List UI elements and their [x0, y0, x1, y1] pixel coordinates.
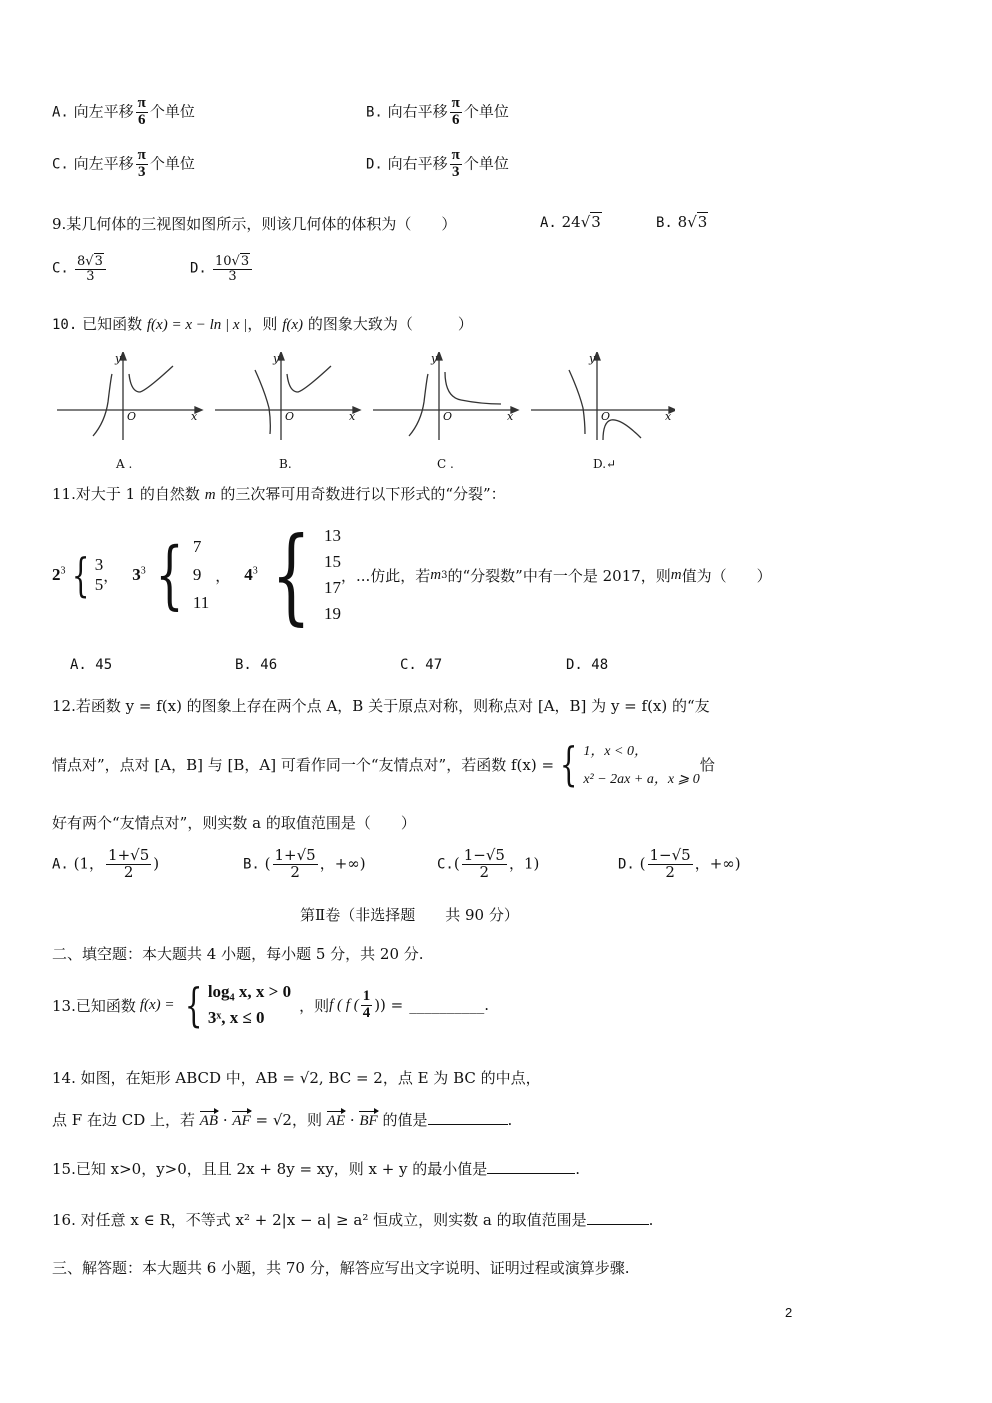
function-expression: f(x) = x − ln | x | [147, 317, 248, 333]
vector: AE [327, 1113, 345, 1130]
case-1: 1，x < 0， [583, 740, 699, 760]
section2-header: 二、填空题：本大题共 4 小题，每小题 5 分，共 20 分. [52, 943, 424, 964]
piecewise-function: {1，x < 0，x² − 2ax + a，x ⩾ 0 [554, 740, 700, 788]
fraction: π3 [136, 148, 148, 181]
question-text: 13.已知函数 [52, 995, 136, 1016]
function-expression: )) = [374, 996, 403, 1014]
radicand: 3 [590, 212, 602, 231]
q12-option-b: B. (1+√52，+∞) [243, 848, 366, 881]
option-text: 向右平移 [388, 154, 448, 172]
question-text: 的图象大致为（ ） [308, 315, 473, 333]
q8-option-a: A. 向左平移π6个单位 [52, 96, 195, 129]
denominator: 3 [450, 165, 462, 181]
fraction: π6 [136, 96, 148, 129]
separator: ， [341, 565, 356, 586]
option-text: 个单位 [464, 154, 509, 172]
graph-b-icon [215, 352, 360, 440]
option-label: D. [366, 156, 383, 172]
q9-stem: 9.某几何体的三视图如图所示，则该几何体的体积为（ ） [52, 213, 456, 234]
split-base: 33 [132, 565, 146, 585]
axis-label-x: x [349, 410, 355, 423]
option-text: 向右平移 [388, 102, 448, 120]
q12-stem-line2: 情点对”，点对 [A，B] 与 [B，A] 可看作同一个“友情点对”，若函数 f… [52, 740, 715, 788]
answer-blank[interactable] [428, 1110, 508, 1125]
origin-label: O [601, 410, 610, 423]
q12-stem-line3: 好有两个“友情点对”，则实数 a 的取值范围是（ ） [52, 812, 416, 833]
numerator: π [136, 96, 148, 113]
fraction: 1−√52 [462, 848, 507, 881]
case-2: 3ˣ, x ≤ 0 [208, 1008, 291, 1028]
split-value: 9 [193, 565, 209, 585]
axis-label-x: x [191, 410, 197, 423]
split-value: 5 [95, 575, 104, 595]
axis-label-x: x [665, 410, 671, 423]
graph-label-b: B. [279, 457, 292, 471]
axis-label-y: y [589, 352, 595, 365]
q16-stem: 16. 对任意 x ∈ R，不等式 x² + 2|x − a| ≥ a² 恒成立… [52, 1209, 653, 1230]
graph-label-c: C . [437, 457, 454, 471]
q8-option-d: D. 向右平移π3个单位 [366, 148, 509, 181]
function-expression: f(x) = [140, 997, 175, 1014]
fraction: π6 [450, 96, 462, 129]
question-text: 恰 [700, 754, 715, 775]
q12-option-c: C.(1−√52，1) [437, 848, 539, 881]
radicand: 3 [697, 212, 709, 231]
function-expression: f(x) [282, 317, 303, 333]
answer-blank[interactable] [487, 1159, 575, 1174]
case-2: x² − 2ax + a，x ⩾ 0 [583, 768, 699, 788]
q9-option-c: C. 8√33 [52, 255, 108, 283]
coefficient: 8 [77, 254, 85, 269]
q9-option-a: A. 24√3 [540, 213, 602, 231]
fraction: 8√33 [75, 255, 106, 283]
split-value: 17 [324, 578, 341, 598]
option-text: 个单位 [150, 154, 195, 172]
case-1: log₄ x, x > 0 [208, 982, 291, 1002]
q13-stem: 13.已知函数 f(x) = {log₄ x, x > 03ˣ, x ≤ 0 ，… [52, 982, 489, 1028]
q14-stem-line2: 点 F 在边 CD 上，若 AB · AF = √2，则 AE · BF 的值是… [52, 1109, 512, 1130]
question-text: 11.对大于 1 的自然数 [52, 485, 200, 503]
section3-header: 三、解答题：本大题共 6 小题，共 70 分，解答应写出文字说明、证明过程或演算… [52, 1257, 629, 1278]
question-text: 的值是 [383, 1111, 428, 1129]
split-value: 13 [324, 526, 341, 546]
numerator: π [136, 148, 148, 165]
fraction: π3 [450, 148, 462, 181]
graph-d-icon [531, 352, 675, 440]
split-base: 43 [244, 565, 258, 585]
axis-label-y: y [273, 352, 279, 365]
question-text: = √2，则 [256, 1111, 322, 1129]
variable: m [430, 567, 441, 584]
q10-graph-options [55, 352, 675, 452]
split-value: 15 [324, 552, 341, 572]
q14-stem-line1: 14. 如图，在矩形 ABCD 中，AB = √2, BC = 2，点 E 为 … [52, 1067, 541, 1088]
option-label: B. [656, 215, 673, 231]
graph-a-icon [57, 352, 202, 440]
q12-option-a: A. (1，1+√52) [52, 848, 159, 881]
option-text: 向左平移 [74, 154, 134, 172]
denominator: 6 [450, 113, 462, 129]
axis-label-y: y [115, 352, 121, 365]
page-number: 2 [785, 1305, 792, 1320]
fraction: 10√33 [213, 255, 252, 283]
question-text: 点 F 在边 CD 上，若 [52, 1111, 195, 1129]
q8-option-b: B. 向右平移π6个单位 [366, 96, 509, 129]
denominator: 3 [84, 270, 96, 284]
origin-label: O [285, 410, 294, 423]
numerator: π [450, 148, 462, 165]
origin-label: O [127, 410, 136, 423]
option-label: C. [52, 261, 69, 277]
vector: BF [359, 1113, 377, 1130]
brace-group: {13151719 [258, 523, 341, 627]
question-text: ，则 [299, 995, 329, 1016]
option-label: C. [52, 156, 69, 172]
coefficient: 24 [562, 213, 581, 231]
vector: AF [232, 1113, 250, 1130]
answer-blank[interactable] [587, 1210, 649, 1225]
radicand: 3 [94, 253, 104, 269]
q9-option-d: D. 10√33 [190, 255, 254, 283]
split-value: 19 [324, 604, 341, 624]
q11-option-a: A. 45 [70, 657, 112, 673]
graph-label-d: D.↵ [593, 457, 616, 471]
q8-option-c: C. 向左平移π3个单位 [52, 148, 195, 181]
coefficient: 10 [215, 254, 232, 269]
function-expression: f ( f ( [329, 997, 359, 1014]
separator: ， [215, 565, 230, 586]
question-text: 9.某几何体的三视图如图所示，则该几何体的体积为（ ） [52, 215, 456, 233]
denominator: 3 [136, 165, 148, 181]
coefficient: 8 [678, 213, 688, 231]
q12-stem-line1: 12.若函数 y = f(x) 的图象上存在两个点 A，B 关于原点对称，则称点… [52, 695, 710, 716]
q11-splits: 23 {35 ， 33 {7911 ， 43 {13151719 ， ...仿此… [52, 520, 772, 630]
option-text: 个单位 [464, 102, 509, 120]
split-value: 3 [95, 555, 104, 575]
sqrt-symbol: √3 [687, 213, 708, 231]
piecewise-function: {log₄ x, x > 03ˣ, x ≤ 0 [179, 982, 292, 1028]
vector: AB [200, 1113, 218, 1130]
question-text: 已知函数 [82, 315, 142, 333]
question-text: 情点对”，点对 [A，B] 与 [B，A] 可看作同一个“友情点对”，若函数 f… [52, 754, 554, 775]
option-label: A. [540, 215, 557, 231]
fraction: 1−√52 [648, 848, 693, 881]
split-base: 23 [52, 565, 66, 585]
option-label: A. [52, 104, 69, 120]
fraction: 1+√52 [273, 848, 318, 881]
option-text: 向左平移 [74, 102, 134, 120]
q9-option-b: B. 8√3 [656, 213, 708, 231]
graph-label-a: A . [116, 457, 132, 471]
question-text: 的“分裂数”中有一个是 2017，则 [448, 565, 671, 586]
axis-label-y: y [431, 352, 437, 365]
q11-option-d: D. 48 [566, 657, 608, 673]
question-text: ，则 [247, 315, 277, 333]
origin-label: O [443, 410, 452, 423]
numerator: π [450, 96, 462, 113]
q11-option-c: C. 47 [400, 657, 442, 673]
answer-blank: __________. [409, 996, 489, 1014]
axis-label-x: x [507, 410, 513, 423]
denominator: 3 [226, 270, 238, 284]
option-label: B. [366, 104, 383, 120]
q11-option-b: B. 46 [235, 657, 277, 673]
graph-c-icon [373, 352, 518, 440]
question-text: ...仿此，若 [356, 565, 430, 586]
question-text: 15.已知 x>0，y>0，且且 2x + 8y = xy，则 x + y 的最… [52, 1160, 487, 1178]
split-value: 11 [193, 593, 209, 613]
q11-stem: 11.对大于 1 的自然数 m 的三次幂可用奇数进行以下形式的“分裂”： [52, 483, 506, 504]
q12-option-d: D. (1−√52，+∞) [618, 848, 741, 881]
question-text: 16. 对任意 x ∈ R，不等式 x² + 2|x − a| ≥ a² 恒成立… [52, 1211, 587, 1229]
variable: m [205, 487, 216, 503]
sqrt-symbol: √3 [232, 255, 251, 269]
fraction: 1+√52 [106, 848, 151, 881]
question-text: 值为（ ） [682, 565, 772, 586]
fraction: 14 [361, 989, 373, 1022]
question-number: 10. [52, 317, 77, 333]
radicand: 3 [240, 253, 250, 269]
denominator: 6 [136, 113, 148, 129]
variable: m [671, 567, 682, 584]
q10-stem: 10. 已知函数 f(x) = x − ln | x |，则 f(x) 的图象大… [52, 313, 473, 334]
option-label: D. [190, 261, 207, 277]
separator: ， [103, 565, 118, 586]
brace-group: {7911 [146, 537, 209, 613]
question-text: 的三次幂可用奇数进行以下形式的“分裂”： [220, 485, 505, 503]
option-text: 个单位 [150, 102, 195, 120]
brace-group: {35 [66, 552, 104, 598]
part2-title: 第Ⅱ卷（非选择题 共 90 分） [300, 904, 519, 925]
split-value: 7 [193, 537, 209, 557]
sqrt-symbol: √3 [581, 213, 602, 231]
q15-stem: 15.已知 x>0，y>0，且且 2x + 8y = xy，则 x + y 的最… [52, 1158, 580, 1179]
sqrt-symbol: √3 [85, 255, 104, 269]
